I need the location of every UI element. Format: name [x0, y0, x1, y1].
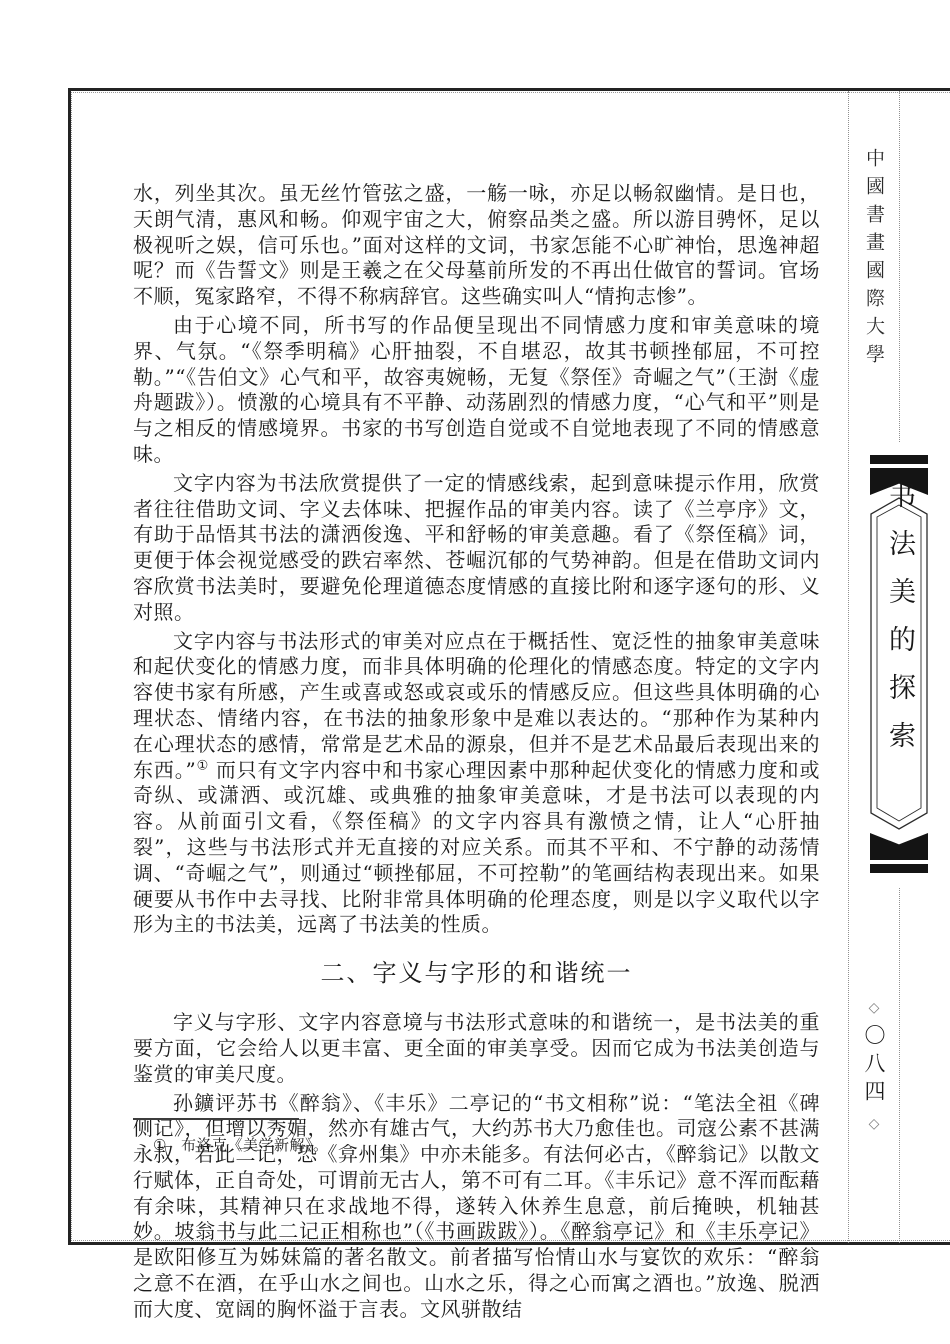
- paragraph: 文字内容为书法欣赏提供了一定的情感线索，起到意味提示作用，欣赏者往往借助文词、字…: [133, 471, 820, 626]
- diamond-ornament-top: ◇: [869, 1001, 880, 1015]
- footnote-text: 布洛克《美学新解》。: [181, 1136, 329, 1154]
- sidebar-series-column: 中國書畫國際大學: [849, 148, 899, 372]
- cartouche-bottom-bar: [870, 864, 928, 873]
- cartouche-top-bar: [870, 455, 928, 464]
- paragraph-text: 而只有文字内容中和书家心理因素中那种起伏变化的情感力度和或奇纵、或潇洒、或沉雄、…: [133, 758, 820, 937]
- footnote: ①布洛克《美学新解》。: [133, 1134, 820, 1155]
- book-title-vertical: 书法美的探索: [870, 481, 928, 769]
- cartouche-bottom-pennant: [870, 833, 928, 860]
- diamond-ornament-bottom: ◇: [869, 1117, 880, 1131]
- book-title-cartouche: 书法美的探索: [870, 455, 928, 875]
- page-number: 〇八四: [859, 1024, 889, 1108]
- paragraph: 由于心境不同，所书写的作品便呈现出不同情感力度和审美意味的境界、气氛。“《祭季明…: [133, 313, 820, 468]
- sidebar-outer-line-top: [899, 91, 900, 442]
- paragraph-continuation: 水，列坐其次。虽无丝竹管弦之盛，一觞一咏，亦足以畅叙幽情。是日也，天朗气清，惠风…: [133, 181, 820, 310]
- section-heading: 二、字义与字形的和谐统一: [133, 956, 820, 990]
- paragraph: 字义与字形、文字内容意境与书法形式意味的和谐统一，是书法美的重要方面，它会给人以…: [133, 1010, 820, 1087]
- footnote-reference-superscript: ①: [196, 758, 208, 773]
- footnote-area: ①布洛克《美学新解》。: [133, 1118, 820, 1155]
- series-title-vertical: 中國書畫國際大學: [849, 148, 899, 372]
- book-page: 水，列坐其次。虽无丝竹管弦之盛，一觞一咏，亦足以畅叙幽情。是日也，天朗气清，惠风…: [0, 0, 950, 1344]
- footnote-marker: ①: [153, 1136, 167, 1154]
- footnote-divider-rule: [133, 1118, 299, 1120]
- paragraph-with-footnote-ref: 文字内容与书法形式的审美对应点在于概括性、宽泛性的抽象审美意味和起伏变化的情感力…: [133, 629, 820, 939]
- page-number-column: ◇ 〇八四 ◇: [848, 1001, 900, 1131]
